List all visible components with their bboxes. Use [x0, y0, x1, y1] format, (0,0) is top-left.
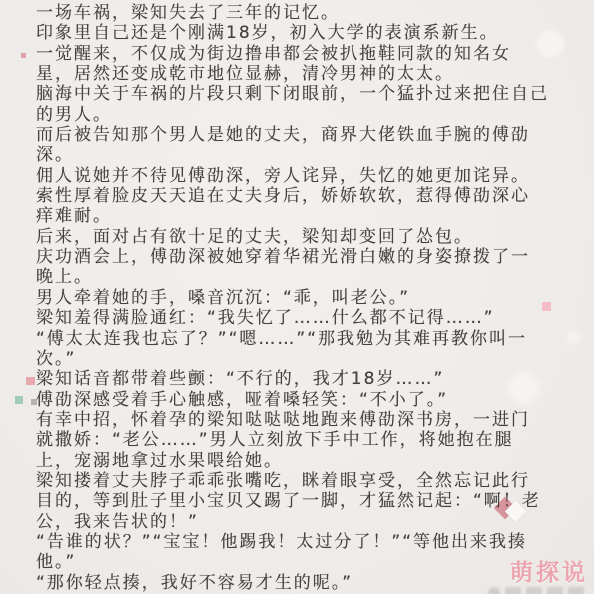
text-line: 脑海中关于车祸的片段只剩下闭眼前，一个猛扑过来把住自己: [36, 84, 586, 104]
text-line: 公，我来告状的！”: [36, 512, 586, 532]
novel-synopsis-page: 一场车祸，梁知失去了三年的记忆。 印象里自己还是个刚满18岁，初入大学的表演系新…: [0, 0, 594, 594]
text-line: 星，居然还变成乾市地位显赫，清冷男神的太太。: [36, 64, 586, 84]
cutoff-glyph: [568, 587, 584, 594]
synopsis-text-body: 一场车祸，梁知失去了三年的记忆。 印象里自己还是个刚满18岁，初入大学的表演系新…: [36, 3, 586, 593]
cutoff-glyph: [547, 587, 563, 594]
text-line: 索性厚着脸皮天天追在丈夫身后，娇娇软软，惹得傅劭深心: [36, 186, 586, 206]
brand-watermark: 萌探说: [510, 554, 588, 587]
text-line: “傅太太连我也忘了？”“嗯……”“那我勉为其难再教你叫一: [36, 329, 586, 349]
text-line: 印象里自己还是个刚满18岁，初入大学的表演系新生。: [36, 23, 586, 43]
text-line: 后来，面对占有欲十足的丈夫，梁知却变回了怂包。: [36, 227, 586, 247]
text-line: 目的，等到肚子里小宝贝又踢了一脚，才猛然记起：“啊！老: [36, 491, 586, 511]
text-line: 梁知羞得满脸通红：“我失忆了……什么都不记得……”: [36, 308, 586, 328]
confetti-square-pink-icon: [21, 53, 26, 58]
text-line: 晚上。: [36, 267, 586, 287]
text-line: 庆功酒会上，傅劭深被她穿着华裙光滑白嫩的身姿撩拨了一: [36, 247, 586, 267]
text-line: 一场车祸，梁知失去了三年的记忆。: [36, 3, 586, 23]
text-line: 佣人说她并不待见傅劭深，旁人诧异，失忆的她更加诧异。: [36, 166, 586, 186]
text-line: “告谁的状？”“宝宝！他踢我！太过分了！”“等他出来我揍: [36, 532, 586, 552]
text-line: 梁知搂着丈夫脖子乖乖张嘴吃，眯着眼享受，全然忘记此行: [36, 471, 586, 491]
text-line: 上，宠溺地拿过水果喂给她。: [36, 451, 586, 471]
text-line: 深。: [36, 145, 586, 165]
text-line: 一觉醒来，不仅成为街边撸串都会被扒拖鞋同款的知名女: [36, 44, 586, 64]
cutoff-glyph: [526, 587, 542, 594]
text-line: 就撒娇：“老公……”男人立刻放下手中工作，将她抱在腿: [36, 430, 586, 450]
text-line: 男人牵着她的手，嗓音沉沉：“乖，叫老公。”: [36, 288, 586, 308]
text-line: 的男人。: [36, 105, 586, 125]
confetti-square-teal-icon: [15, 396, 23, 404]
confetti-square-pink-icon: [26, 377, 35, 385]
paw-icon: [488, 587, 500, 594]
text-line: 而后被告知那个男人是她的丈夫，商界大佬铁血手腕的傅劭: [36, 125, 586, 145]
text-line: 他。”: [36, 552, 586, 572]
partial-watermark: [488, 587, 584, 594]
cutoff-glyph: [505, 587, 521, 594]
text-line: 有幸中招，怀着孕的梁知哒哒哒地跑来傅劭深书房，一进门: [36, 410, 586, 430]
text-line: 傅劭深感受着手心触感，哑着嗓轻笑：“不小了。”: [36, 390, 586, 410]
text-line: 痒难耐。: [36, 206, 586, 226]
text-line: 梁知话音都带着些颤：“不行的，我才18岁……”: [36, 369, 586, 389]
text-line: 次。”: [36, 349, 586, 369]
